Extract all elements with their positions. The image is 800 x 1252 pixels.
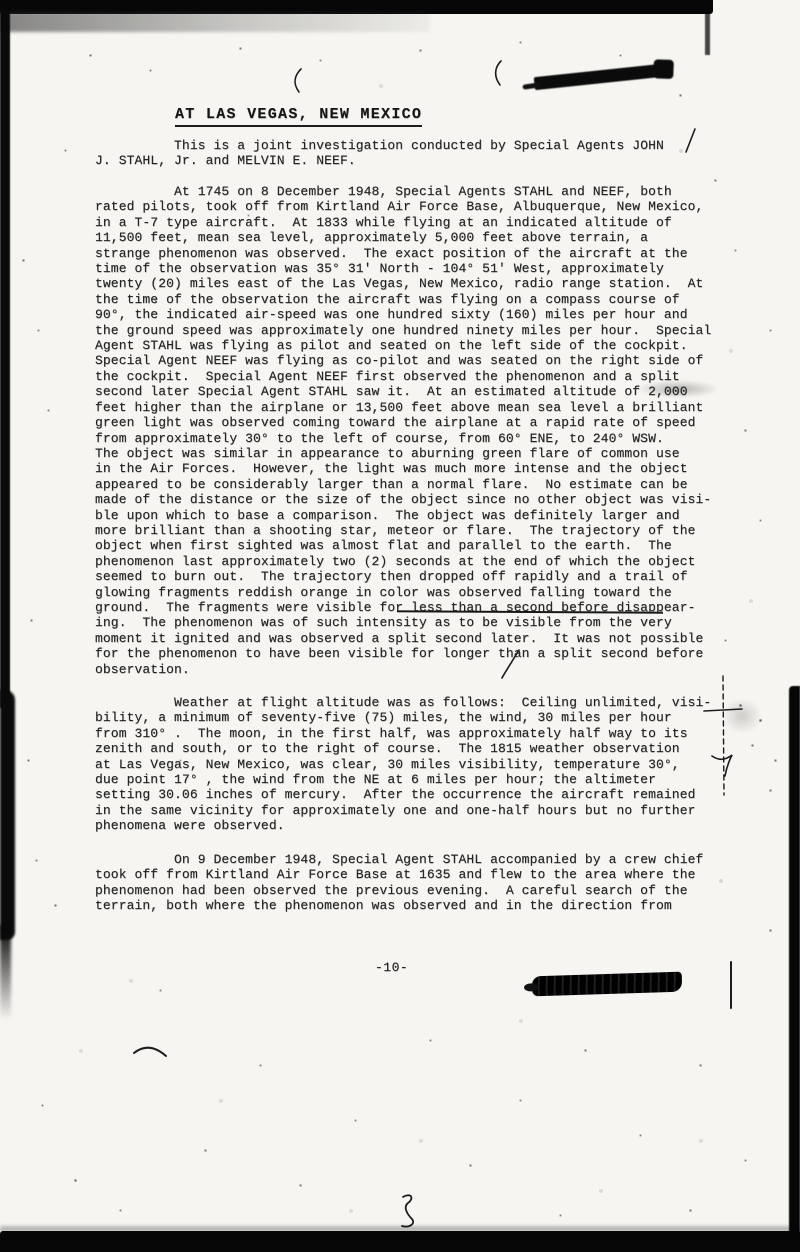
pen-squiggle-mark [402,1195,413,1226]
document-title: AT LAS VEGAS, NEW MEXICO [175,106,422,127]
scan-left-edge-band [0,8,10,708]
scan-top-edge-fuzz [0,12,430,32]
scan-noise-specks-light [0,0,2,2]
scan-right-edge-band [789,686,800,1252]
pen-paren-mark-1 [295,69,301,92]
document-body: AT LAS VEGAS, NEW MEXICO This is a joint… [95,100,765,1100]
scan-left-edge-fade [0,925,11,1020]
paragraph-sighting-report: At 1745 on 8 December 1948, Special Agen… [95,184,755,677]
scanned-document-page: AT LAS VEGAS, NEW MEXICO This is a joint… [0,0,800,1252]
scan-left-edge-band-wide [0,690,15,940]
paragraph-weather-conditions: Weather at flight altitude was as follow… [95,695,755,834]
paragraph-intro: This is a joint investigation conducted … [95,138,755,169]
page-number: -10- [375,960,408,975]
scan-bottom-edge-band [0,1231,800,1252]
scan-top-edge-nub [705,13,710,55]
paragraph-followup-flight: On 9 December 1948, Special Agent STAHL … [95,852,755,914]
pen-paren-mark-2 [496,61,501,85]
scan-bottom-edge-fuzz [0,1226,800,1232]
redaction-bar-top-right [534,63,673,90]
